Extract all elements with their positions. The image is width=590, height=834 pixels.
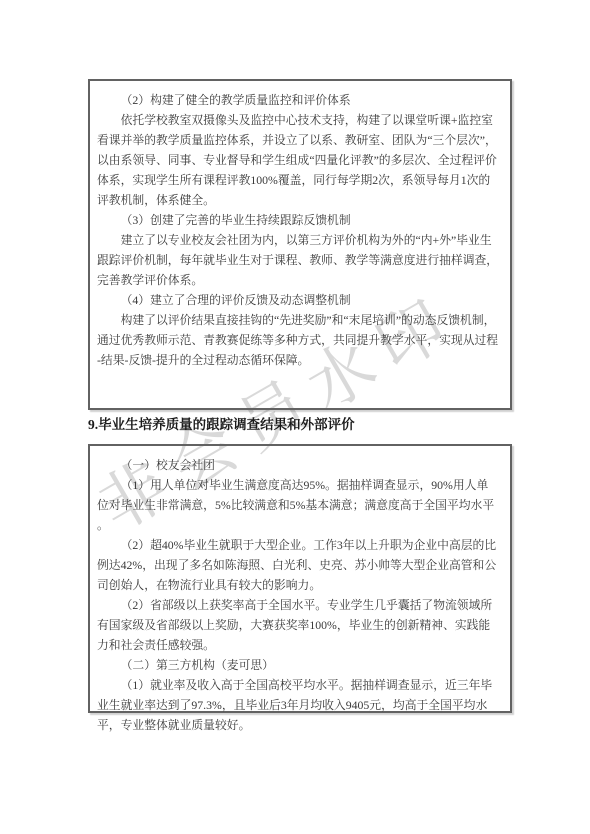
paragraph: （二）第三方机构（麦可思） bbox=[97, 655, 499, 675]
paragraph: （1）用人单位对毕业生满意度高达95%。据抽样调查显示，90%用人单位对毕业生非… bbox=[97, 475, 499, 535]
paragraph: （一）校友会社团 bbox=[97, 455, 499, 475]
paragraph: （2）构建了健全的教学质量监控和评价体系 bbox=[97, 90, 499, 110]
paragraph: （2）超40%毕业生就职于大型企业。工作3年以上升职为企业中高层的比例达42%，… bbox=[97, 535, 499, 595]
paragraph: 构建了以评价结果直接挂钩的“先进奖励”和“末尾培训”的动态反馈机制，通过优秀教师… bbox=[97, 310, 499, 370]
paragraph: （3）创建了完善的毕业生持续跟踪反馈机制 bbox=[97, 210, 499, 230]
section-heading: 9.毕业生培养质量的跟踪调查结果和外部评价 bbox=[88, 415, 512, 434]
paragraph: （2）省部级以上获奖率高于全国水平。专业学生几乎囊括了物流领域所有国家级及省部级… bbox=[97, 595, 499, 655]
paragraph: 建立了以专业校友会社团为内，以第三方评价机构为外的“内+外”毕业生跟踪评价机制，… bbox=[97, 230, 499, 290]
document-page: 非会员水印 （2）构建了健全的教学质量监控和评价体系 依托学校教室双摄像头及监控… bbox=[0, 0, 590, 834]
paragraph: 依托学校教室双摄像头及监控中心技术支持，构建了以课堂听课+监控室看课并举的教学质… bbox=[97, 110, 499, 210]
quality-system-cell: （2）构建了健全的教学质量监控和评价体系 依托学校教室双摄像头及监控中心技术支持… bbox=[88, 79, 512, 410]
paragraph: （4）建立了合理的评价反馈及动态调整机制 bbox=[97, 290, 499, 310]
paragraph: （1）就业率及收入高于全国高校平均水平。据抽样调查显示，近三年毕业生就业率达到了… bbox=[97, 675, 499, 735]
tracking-evaluation-cell: （一）校友会社团 （1）用人单位对毕业生满意度高达95%。据抽样调查显示，90%… bbox=[88, 444, 512, 713]
